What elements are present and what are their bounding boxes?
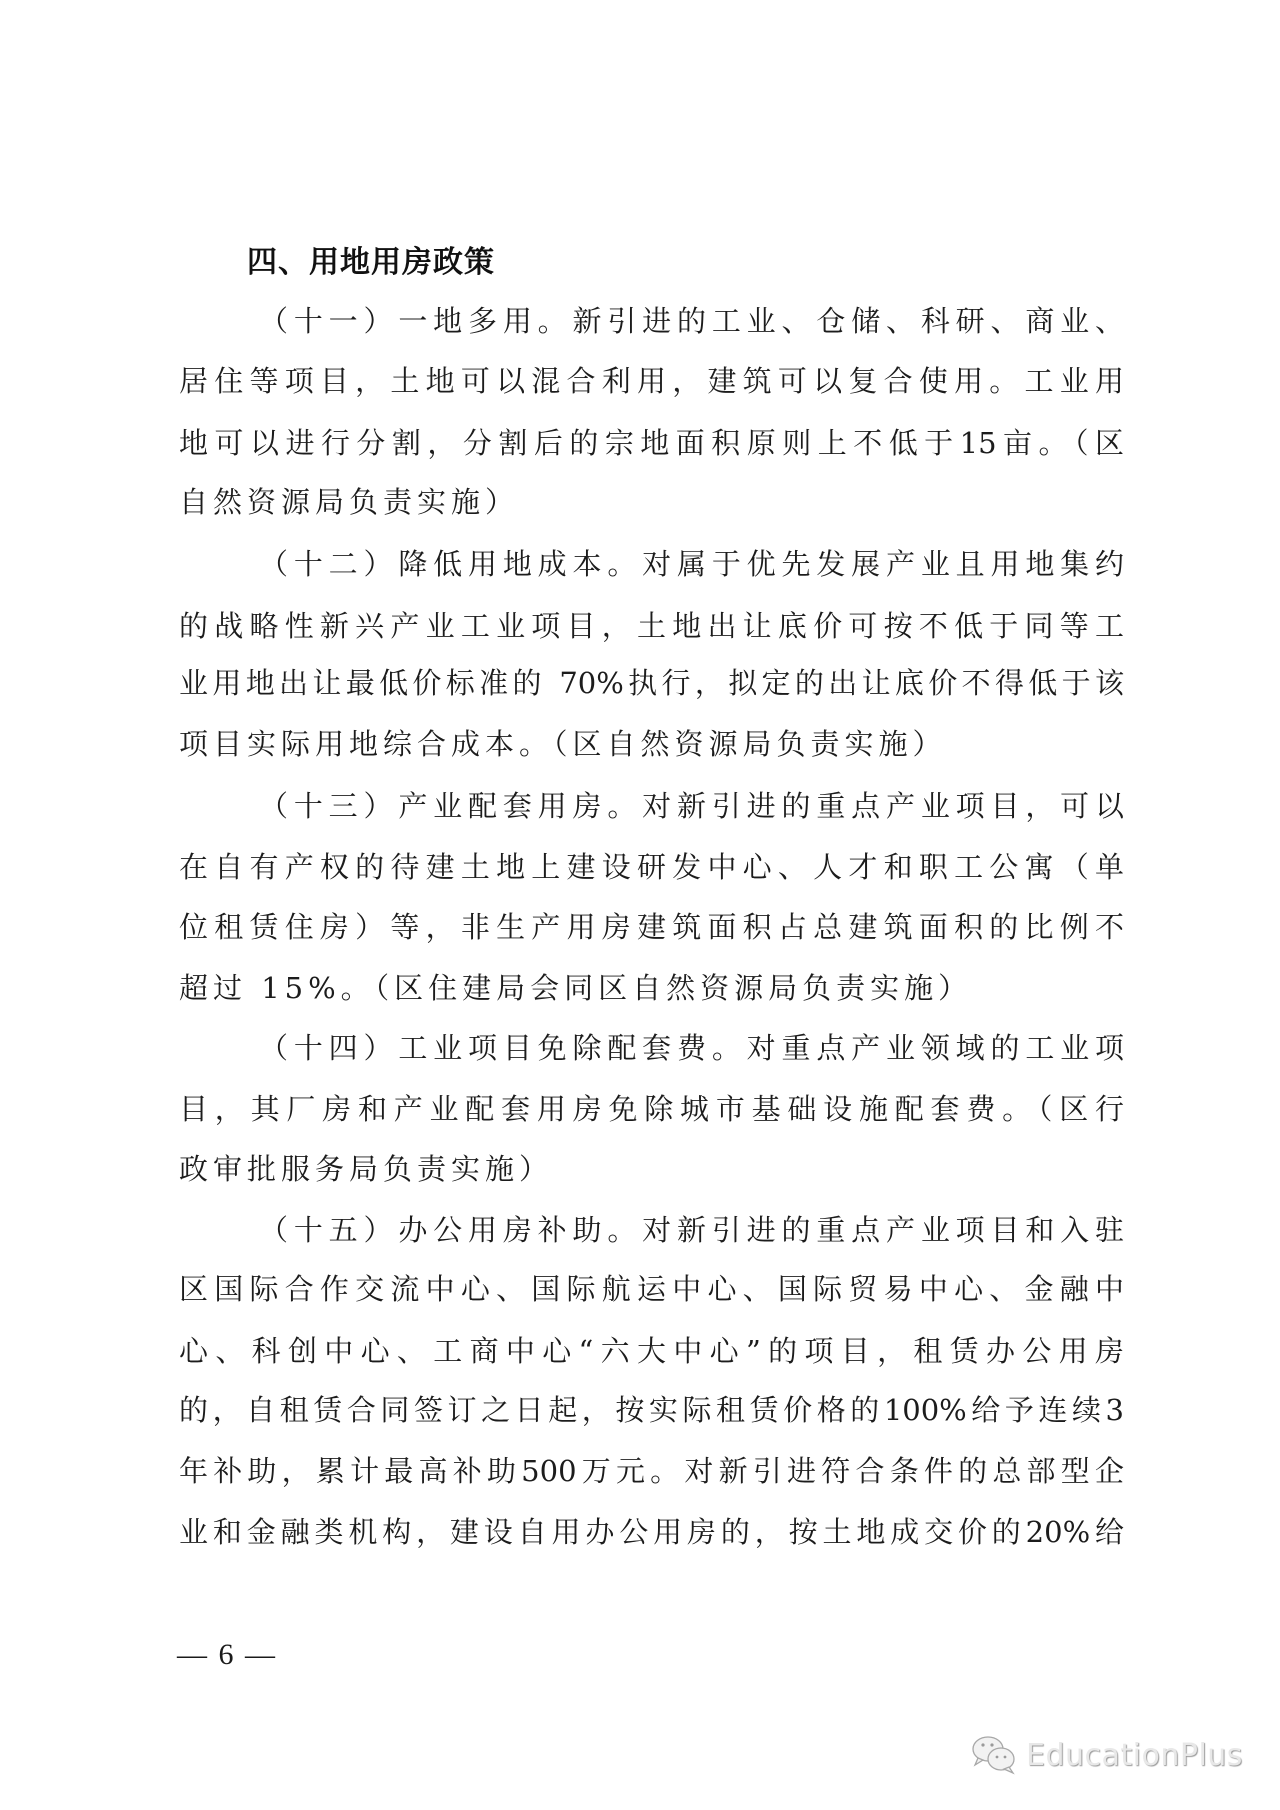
text-line: 位租赁住房）等，非生产用房建筑面积占总建筑面积的比例不 [179,907,1124,947]
text-line: 项目实际用地综合成本。（区自然资源局负责实施） [179,724,1124,764]
text-line: 超过 15%。（区住建局会同区自然资源局负责实施） [179,968,1124,1008]
document-page: 四、用地用房政策 （十一）一地多用。新引进的工业、仓储、科研、商业、 居住等项目… [0,0,1280,1810]
watermark: EducationPlus [970,1730,1243,1780]
watermark-text: EducationPlus [1026,1738,1243,1773]
text-line: 在自有产权的待建土地上建设研发中心、人才和职工公寓（单 [179,847,1124,887]
text-line: 目，其厂房和产业配套用房免除城市基础设施配套费。（区行 [179,1089,1124,1129]
text-line: 地可以进行分割，分割后的宗地面积原则上不低于15亩。（区 [179,423,1124,463]
text-line: 心、科创中心、工商中心“六大中心”的项目，租赁办公用房 [179,1331,1124,1371]
text-line: 的战略性新兴产业工业项目，土地出让底价可按不低于同等工 [179,606,1124,646]
text-line: 政审批服务局负责实施） [179,1149,1124,1189]
text-line: 业和金融类机构，建设自用办公用房的，按土地成交价的20%给 [179,1512,1124,1552]
text-line: 区国际合作交流中心、国际航运中心、国际贸易中心、金融中 [179,1269,1124,1309]
page-number: — 6 — [177,1638,277,1672]
text-line: （十三）产业配套用房。对新引进的重点产业项目，可以 [259,786,1124,826]
text-line: 年补助，累计最高补助500万元。对新引进符合条件的总部型企 [179,1451,1124,1491]
text-line: （十五）办公用房补助。对新引进的重点产业项目和入驻 [259,1210,1124,1250]
text-line: 的，自租赁合同签订之日起，按实际租赁价格的100%给予连续3 [179,1390,1124,1430]
text-line: （十二）降低用地成本。对属于优先发展产业且用地集约 [259,544,1124,584]
text-line: 居住等项目，土地可以混合利用，建筑可以复合使用。工业用 [179,361,1124,401]
section-heading: 四、用地用房政策 [247,243,495,283]
text-line: 业用地出让最低价标准的 70%执行，拟定的出让底价不得低于该 [179,663,1124,703]
text-line: （十一）一地多用。新引进的工业、仓储、科研、商业、 [259,301,1124,341]
text-line: （十四）工业项目免除配套费。对重点产业领域的工业项 [259,1028,1124,1068]
wechat-icon [970,1734,1018,1776]
text-line: 自然资源局负责实施） [179,482,1124,522]
